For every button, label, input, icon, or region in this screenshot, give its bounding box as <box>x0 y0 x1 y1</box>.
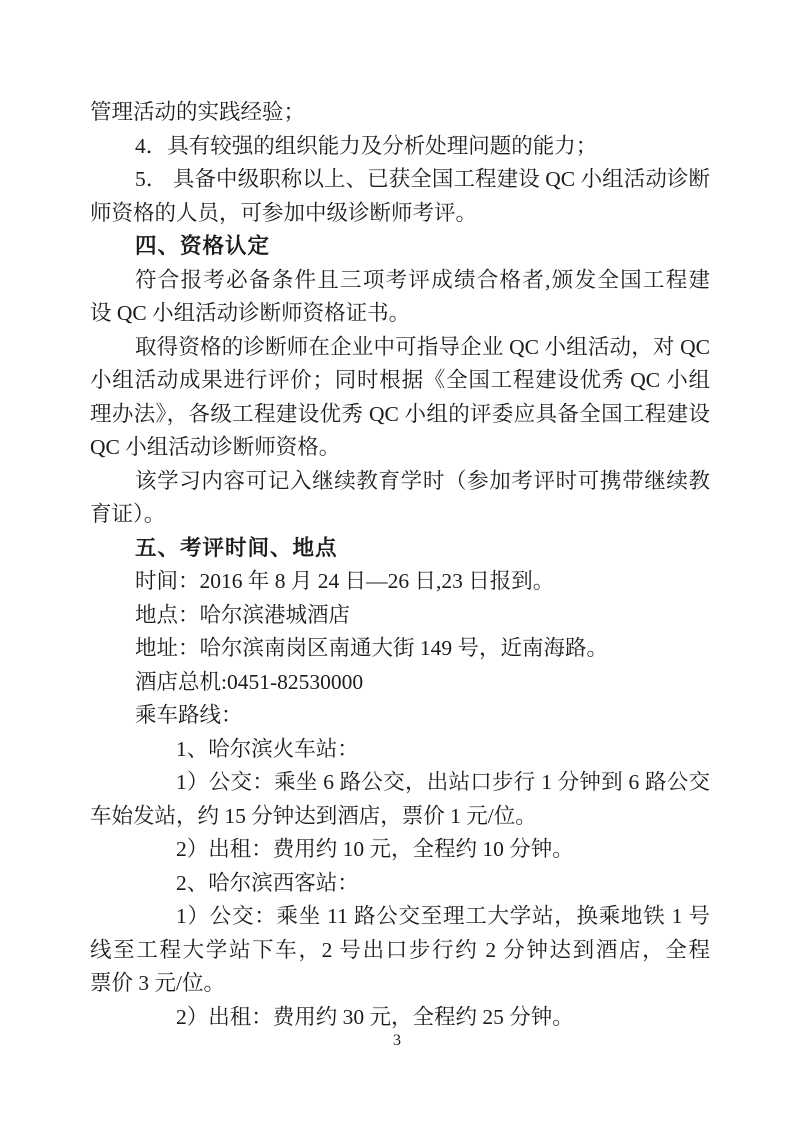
event-address: 地址：哈尔滨南岗区南通大街 149 号，近南海路。 <box>90 632 710 666</box>
route-taxi-1: 2）出租：费用约 10 元，全程约 10 分钟。 <box>90 833 710 867</box>
text-line: 师资格的人员，可参加中级诊断师考评。 <box>90 197 710 231</box>
route-taxi-2: 2）出租：费用约 30 元，全程约 25 分钟。 <box>90 1001 710 1035</box>
text-line: 票价 3 元/位。 <box>90 967 710 1001</box>
text-line: 线至工程大学站下车，2 号出口步行约 2 分钟达到酒店，全程 <box>90 934 710 968</box>
text-line: 设 QC 小组活动诊断师资格证书。 <box>90 297 710 331</box>
section-heading-qualification: 四、资格认定 <box>90 230 710 264</box>
list-item: 4．具有较强的组织能力及分析处理问题的能力； <box>90 130 710 164</box>
text-line: 小组活动成果进行评价；同时根据《全国工程建设优秀 QC 小组管 <box>90 364 710 398</box>
text-line: 育证）。 <box>90 498 710 532</box>
route-bus-2: 1）公交：乘坐 11 路公交至理工大学站，换乘地铁 1 号 <box>90 900 710 934</box>
page-number: 3 <box>0 1031 794 1051</box>
list-item: 5． 具备中级职称以上、已获全国工程建设 QC 小组活动诊断 <box>90 163 710 197</box>
text-line: 理办法》，各级工程建设优秀 QC 小组的评委应具备全国工程建设 <box>90 398 710 432</box>
text-line: 管理活动的实践经验； <box>90 96 710 130</box>
section-heading-time-location: 五、考评时间、地点 <box>90 532 710 566</box>
route-station-1: 1、哈尔滨火车站： <box>90 733 710 767</box>
text-line: 该学习内容可记入继续教育学时（参加考评时可携带继续教 <box>90 465 710 499</box>
text-line: 车始发站，约 15 分钟达到酒店，票价 1 元/位。 <box>90 800 710 834</box>
event-time: 时间：2016 年 8 月 24 日—26 日,23 日报到。 <box>90 565 710 599</box>
route-station-2: 2、哈尔滨西客站： <box>90 867 710 901</box>
text-line: 符合报考必备条件且三项考评成绩合格者,颁发全国工程建 <box>90 264 710 298</box>
text-line: 取得资格的诊断师在企业中可指导企业 QC 小组活动，对 QC <box>90 331 710 365</box>
hotel-phone: 酒店总机:0451-82530000 <box>90 666 710 700</box>
route-bus-1: 1）公交：乘坐 6 路公交，出站口步行 1 分钟到 6 路公交 <box>90 766 710 800</box>
route-intro: 乘车路线： <box>90 699 710 733</box>
text-line: QC 小组活动诊断师资格。 <box>90 431 710 465</box>
document-body: 管理活动的实践经验； 4．具有较强的组织能力及分析处理问题的能力； 5． 具备中… <box>90 96 710 1034</box>
event-location: 地点：哈尔滨港城酒店 <box>90 599 710 633</box>
document-page: 管理活动的实践经验； 4．具有较强的组织能力及分析处理问题的能力； 5． 具备中… <box>0 0 794 1123</box>
